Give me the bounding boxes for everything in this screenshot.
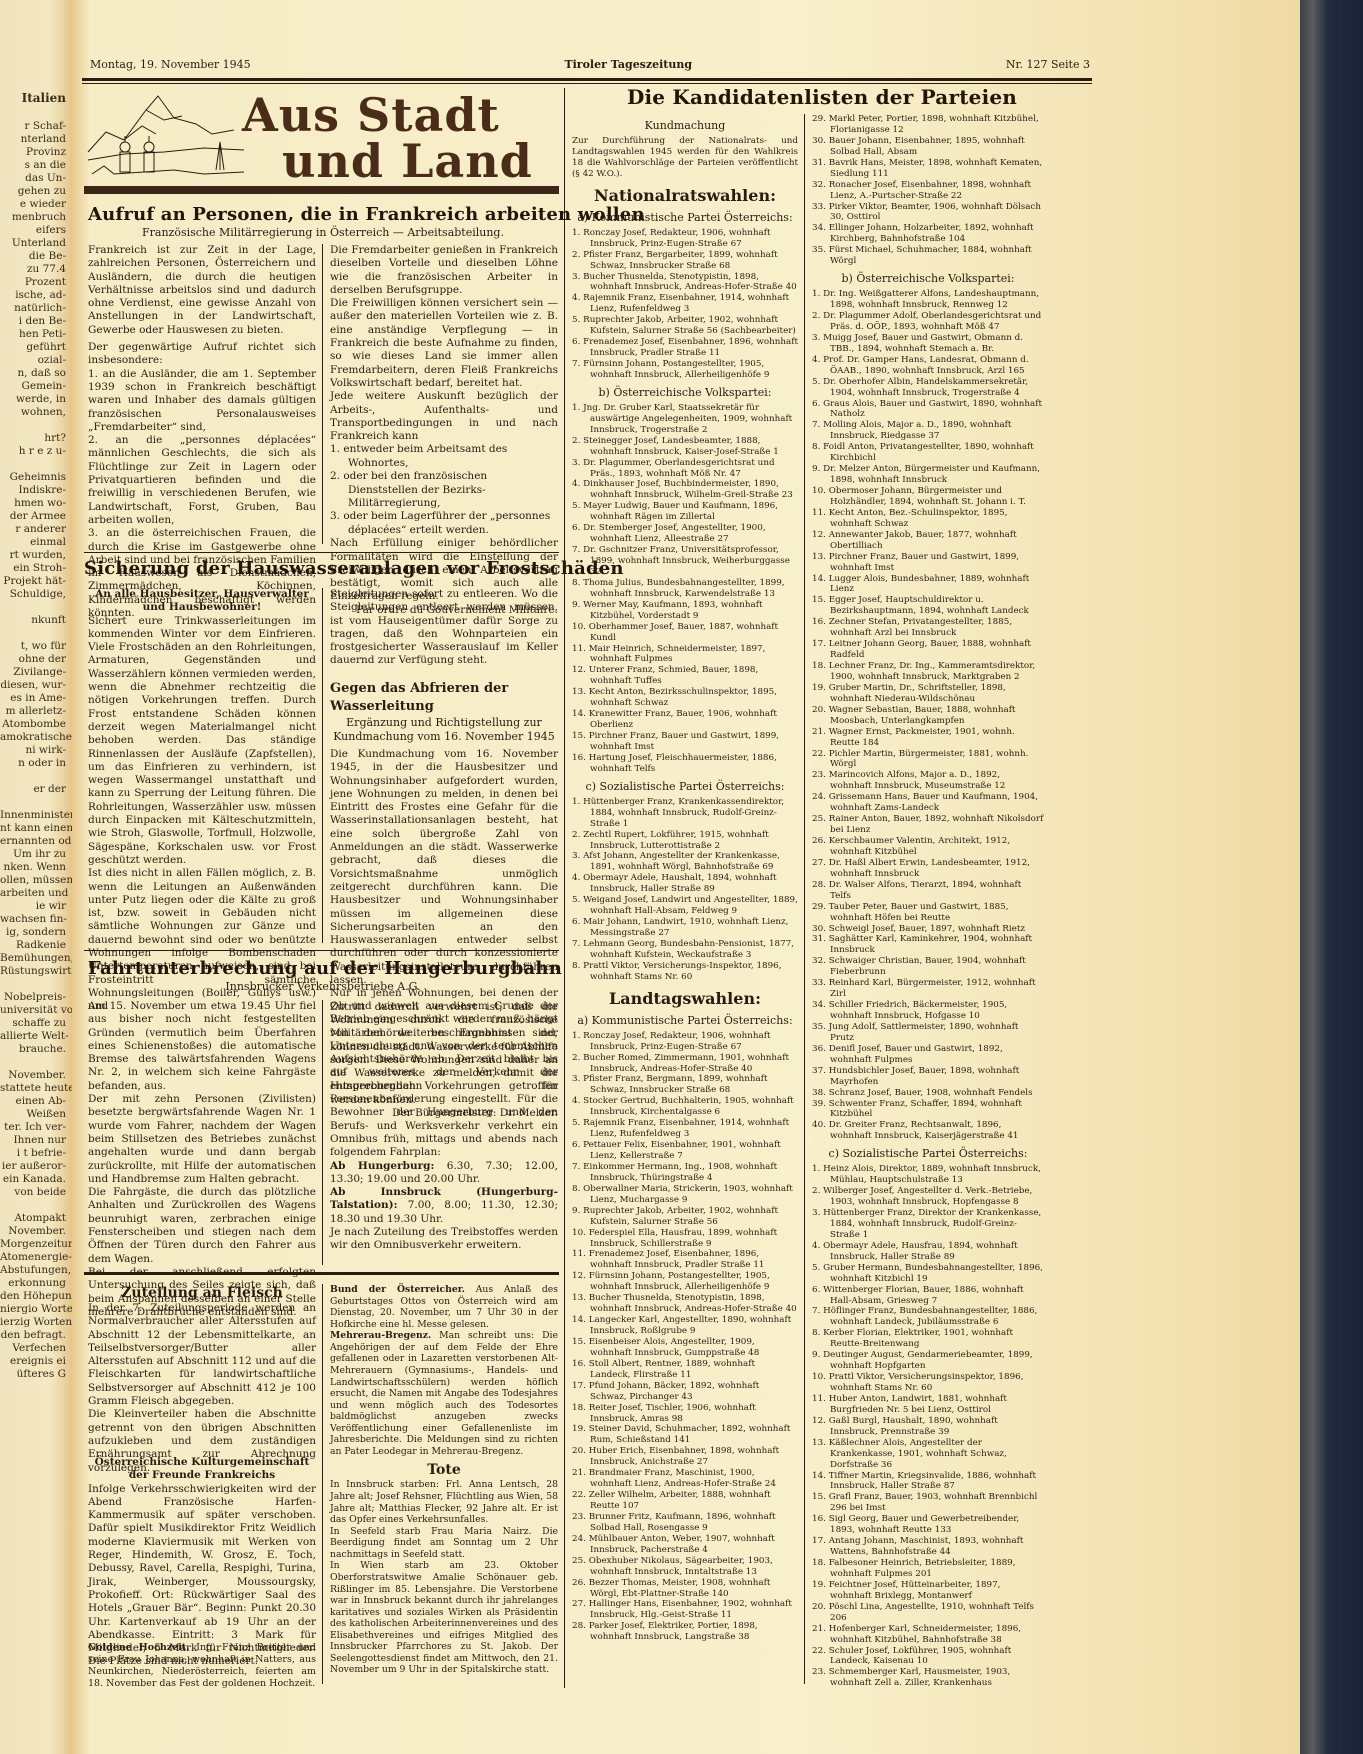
candidate-entry: 34. Schiller Friedrich, Bäckermeister, 1… — [812, 1000, 1044, 1022]
issue-date: Montag, 19. November 1945 — [90, 58, 251, 71]
candidate-entry: 4. Rajemnik Franz, Eisenbahner, 1914, wo… — [572, 293, 798, 315]
candidate-entry: 23. Schmemberger Karl, Hausmeister, 1903… — [812, 1667, 1044, 1689]
text-fragment: Indiskre- — [0, 484, 72, 497]
candidate-entry: 7. Fürnsinn Johann, Postangestellter, 19… — [572, 359, 798, 381]
text-fragment: üfteres G — [0, 1368, 72, 1381]
candidate-entry: 14. Langecker Karl, Angestellter, 1890, … — [572, 1315, 798, 1337]
schedule-row: Ab Hungerburg: 6.30, 7.30; 12.00, 13.30;… — [330, 1160, 558, 1187]
column-divider — [322, 1284, 323, 1684]
column-divider — [322, 1000, 323, 1265]
candidate-entry: 10. Oberhammer Josef, Bauer, 1887, wohnh… — [572, 622, 798, 644]
candidate-entry: 39. Schwenter Franz, Schaffer, 1894, woh… — [812, 1099, 1044, 1121]
candidate-entry: 2. Bucher Romed, Zimmermann, 1901, wohnh… — [572, 1053, 798, 1075]
text-fragment: niergio Worten — [0, 1303, 72, 1316]
candidate-entry: 32. Schwaiger Christian, Bauer, 1904, wo… — [812, 956, 1044, 978]
heading: Italien — [22, 92, 72, 105]
section-banner: Aus Stadt und Land — [84, 90, 559, 195]
candidate-entry: 21. Hofenberger Karl, Schneidermeister, … — [812, 1624, 1044, 1646]
candidate-entry: 21. Brandmaier Franz, Maschinist, 1900, … — [572, 1468, 798, 1490]
candidate-entry: 29. Tauber Peter, Bauer und Gastwirt, 18… — [812, 902, 1044, 924]
text-fragment: Atompakt — [0, 1212, 72, 1225]
text-fragment: Schuldige, — [0, 588, 72, 601]
text-fragment — [0, 1056, 72, 1069]
text-fragment: allierte Welt- — [0, 1030, 72, 1043]
text-fragment: ische, ad- — [0, 289, 72, 302]
text-fragment: ollen, müssen — [0, 874, 72, 887]
candidate-entry: 20. Pöschl Lina, Angestellte, 1910, wohn… — [812, 1602, 1044, 1624]
text-fragment — [0, 1199, 72, 1212]
candidate-entry: 6. Mair Johann, Landwirt, 1910, wohnhaft… — [572, 917, 798, 939]
text-fragment — [0, 978, 72, 991]
candidate-entry: 37. Hundsbichler Josef, Bauer, 1898, woh… — [812, 1066, 1044, 1088]
article-subtitle: Ergänzung und Richtigstellung zur Kundma… — [330, 716, 558, 744]
candidate-entry: 17. Leitner Johann Georg, Bauer, 1888, w… — [812, 639, 1044, 661]
article-subtitle: Französische Militärregierung in Österre… — [88, 226, 558, 240]
candidate-entry: 9. Werner May, Kaufmann, 1893, wohnhaft … — [572, 600, 798, 622]
text-fragment: Innenminister — [0, 809, 72, 822]
text-fragment: zu 77.4 — [0, 263, 72, 276]
text-fragment: Nobelpreis- — [0, 991, 72, 1004]
text-fragment: nt kann einen — [0, 822, 72, 835]
candidate-entry: 27. Dr. Haßl Albert Erwin, Landesbeamter… — [812, 858, 1044, 880]
candidate-entry: 31. Saghätter Karl, Kaminkehrer, 1904, w… — [812, 934, 1044, 956]
text-fragment: Prozent — [0, 276, 72, 289]
text-fragment: arbeiten und — [0, 887, 72, 900]
obituary-entry: In Seefeld starb Frau Maria Nairz. Die B… — [330, 1526, 558, 1561]
text-fragment: natürlich- — [0, 302, 72, 315]
candidate-entry: 14. Lugger Alois, Bundesbahner, 1889, wo… — [812, 574, 1044, 596]
schedule-row: Ab Innsbruck (Hungerburg-Talstation): 7.… — [330, 1186, 558, 1226]
list-item: 2. oder bei den französischen Dienststel… — [330, 470, 558, 510]
text-fragment — [0, 601, 72, 614]
candidate-entry: 17. Antang Johann, Maschinist, 1893, woh… — [812, 1536, 1044, 1558]
article-fleisch: Zuteilung an Fleisch In der 7. Zuteilung… — [88, 1284, 316, 1475]
candidate-entry: 11. Huber Anton, Landwirt, 1881, wohnhaf… — [812, 1394, 1044, 1416]
text-fragment: er der — [0, 783, 72, 796]
article-title: Gegen das Abfrieren der Wasserleitung — [330, 680, 558, 716]
candidate-entry: 32. Ronacher Josef, Eisenbahner, 1898, w… — [812, 180, 1044, 202]
candidate-entry: 11. Frenademez Josef, Eisenbahner, 1896,… — [572, 1249, 798, 1271]
candidate-entry: 4. Obermayr Adele, Haushalt, 1894, wohnh… — [572, 873, 798, 895]
text-fragment: ie wir — [0, 900, 72, 913]
text-fragment: wachsen fin- — [0, 913, 72, 926]
candidate-entry: 5. Weigand Josef, Landwirt und Angestell… — [572, 895, 798, 917]
article-notices: Bund der Österreicher. Aus Anlaß des Geb… — [330, 1284, 558, 1676]
text-fragment: ier außeror- — [0, 1160, 72, 1173]
text-fragment: amokratische — [0, 731, 72, 744]
candidate-entry: 11. Mair Heinrich, Schneidermeister, 189… — [572, 644, 798, 666]
candidate-entry: 27. Hallinger Hans, Eisenbahner, 1902, w… — [572, 1599, 798, 1621]
text-fragment: ein Kanada. — [0, 1173, 72, 1186]
text-fragment: es in Ame- — [0, 692, 72, 705]
candidate-entry: 7. Lehmann Georg, Bundesbahn-Pensionist,… — [572, 939, 798, 961]
text-fragment: den befragt. — [0, 1329, 72, 1342]
column-divider — [804, 114, 805, 1684]
candidate-entry: 24. Mühlbauer Anton, Weber, 1907, wohnha… — [572, 1534, 798, 1556]
candidate-entry: 21. Wagner Ernst, Packmeister, 1901, woh… — [812, 727, 1044, 749]
text-fragment: November. — [0, 1225, 72, 1238]
candidate-entry: 6. Pettauer Felix, Eisenbahner, 1901, wo… — [572, 1140, 798, 1162]
candidate-entry: 18. Lechner Franz, Dr. Ing., Kammeramtsd… — [812, 661, 1044, 683]
candidate-entry: 6. Graus Alois, Bauer und Gastwirt, 1890… — [812, 399, 1044, 421]
text-fragment: ohne der — [0, 653, 72, 666]
text-fragment: einen Ab- — [0, 1095, 72, 1108]
candidate-entry: 23. Brunner Fritz, Kaufmann, 1896, wohnh… — [572, 1512, 798, 1534]
candidate-entry: 6. Dr. Stemberger Josef, Angestellter, 1… — [572, 523, 798, 545]
text-fragment: gehen zu — [0, 185, 72, 198]
list-item: 1. entweder beim Arbeitsamt des Wohnorte… — [330, 443, 558, 470]
candidate-entry: 1. Ronczay Josef, Redakteur, 1906, wohnh… — [572, 1031, 798, 1053]
candidate-entry: 6. Wittenberger Florian, Bauer, 1886, wo… — [812, 1285, 1044, 1307]
candidate-entry: 30. Schweigl Josef, Bauer, 1897, wohnhaf… — [812, 924, 1044, 935]
article-title: Österreichische Kulturgemeinschaft der F… — [88, 1456, 316, 1483]
text-fragment: Abstufungen, — [0, 1264, 72, 1277]
candidate-entry: 25. Obexhuber Nikolaus, Sägearbeiter, 19… — [572, 1556, 798, 1578]
text-fragment: i den Be- — [0, 315, 72, 328]
candidate-entry: 4. Prof. Dr. Gamper Hans, Landesrat, Obm… — [812, 355, 1044, 377]
candidate-entry: 35. Fürst Michael, Schuhmacher, 1884, wo… — [812, 245, 1044, 267]
text-fragment: geführt — [0, 341, 72, 354]
text-fragment — [0, 458, 72, 471]
candidate-entry: 9. Dr. Melzer Anton, Bürgermeister und K… — [812, 464, 1044, 486]
article-divider — [84, 552, 559, 553]
candidate-entry: 40. Dr. Greiter Franz, Rechtsanwalt, 189… — [812, 1120, 1044, 1142]
candidate-entry: 2. Pfister Franz, Bergarbeiter, 1899, wo… — [572, 250, 798, 272]
text-fragment: diesen, wur- — [0, 679, 72, 692]
text-fragment: hen Peti- — [0, 328, 72, 341]
candidate-entry: 1. Ronczay Josef, Redakteur, 1906, wohnh… — [572, 228, 798, 250]
kandidaten-col-middle: Kundmachung Zur Durchführung der Nationa… — [572, 114, 798, 1643]
candidate-entry: 3. Hüttenberger Franz, Direktor der Kran… — [812, 1208, 1044, 1241]
candidate-entry: 18. Falbesoner Heinrich, Betriebsleiter,… — [812, 1558, 1044, 1580]
candidate-entry: 5. Dr. Oberhofer Albin, Handelskammersek… — [812, 377, 1044, 399]
text-fragment: hmen wo- — [0, 497, 72, 510]
candidate-entry: 2. Dr. Plagummer Adolf, Oberlandesgerich… — [812, 311, 1044, 333]
candidate-entry: 11. Kecht Anton, Bez.-Schulinspektor, 18… — [812, 508, 1044, 530]
text-fragment: h r e z u- — [0, 445, 72, 458]
issue-page: Nr. 127 Seite 3 — [1006, 58, 1090, 71]
candidate-entry: 1. Dr. Ing. Weißgatterer Alfons, Landesh… — [812, 289, 1044, 311]
candidate-entry: 3. Muigg Josef, Bauer und Gastwirt, Obma… — [812, 333, 1044, 355]
text-fragment: ernannten oder — [0, 835, 72, 848]
candidate-entry: 8. Thoma Julius, Bundesbahnangestellter,… — [572, 578, 798, 600]
column-divider — [564, 88, 565, 1688]
candidate-entry: 33. Reinhard Karl, Bürgermeister, 1912, … — [812, 978, 1044, 1000]
text-fragment: menbruch — [0, 211, 72, 224]
text-fragment: schaffe zu — [0, 1017, 72, 1030]
text-fragment: der Armee — [0, 510, 72, 523]
column-divider — [322, 244, 323, 544]
masthead: Montag, 19. November 1945 Tiroler Tagesz… — [90, 58, 1090, 71]
text-fragment: ereignis ei — [0, 1355, 72, 1368]
candidate-entry: 26. Bezzer Thomas, Meister, 1908, wohnha… — [572, 1578, 798, 1600]
candidate-entry: 8. Foidl Anton, Privatangestellter, 1890… — [812, 442, 1044, 464]
text-fragment: von beide — [0, 1186, 72, 1199]
text-fragment: wohnen, — [0, 406, 72, 419]
candidate-entry: 34. Ellinger Johann, Holzarbeiter, 1892,… — [812, 223, 1044, 245]
candidate-entry: 12. Annewanter Jakob, Bauer, 1877, wohnh… — [812, 530, 1044, 552]
list-item: 2. an die „personnes déplacées“ männlich… — [88, 434, 316, 527]
candidate-entry: 15. Grafl Franz, Bauer, 1903, wohnhaft B… — [812, 1492, 1044, 1514]
candidate-entry: 22. Schuler Josef, Lokführer, 1905, wohn… — [812, 1646, 1044, 1668]
text-fragment: nterland — [0, 133, 72, 146]
candidate-entry: 12. Fürnsinn Johann, Postangestellter, 1… — [572, 1271, 798, 1293]
candidate-entry: 16. Hartung Josef, Fleischhauermeister, … — [572, 753, 798, 775]
newspaper-page: Montag, 19. November 1945 Tiroler Tagesz… — [72, 0, 1300, 1754]
section-heading: Nationalratswahlen: — [572, 186, 798, 206]
candidate-entry: 15. Pirchner Franz, Bauer und Gastwirt, … — [572, 731, 798, 753]
text-fragment: Ihnen nur — [0, 1134, 72, 1147]
candidate-entry: 18. Reiter Josef, Tischler, 1906, wohnha… — [572, 1403, 798, 1425]
candidate-entry: 19. Steiner David, Schuhmacher, 1892, wo… — [572, 1424, 798, 1446]
text-fragment: r Schaf- — [0, 120, 72, 133]
text-fragment: Bemühungen, — [0, 952, 72, 965]
article-title: Fahrtunterbrechung auf der Hungerburgbah… — [88, 958, 558, 980]
text-fragment: ozial- — [0, 354, 72, 367]
section-heading: Landtagswahlen: — [572, 989, 798, 1009]
candidate-entry: 1. Heinz Alois, Direktor, 1889, wohnhaft… — [812, 1164, 1044, 1186]
article-frost: Sicherung der Hauswasseranlagen vor Fros… — [84, 558, 560, 580]
candidate-entry: 20. Wagner Sebastian, Bauer, 1888, wohnh… — [812, 705, 1044, 727]
text-fragment: das Un- — [0, 172, 72, 185]
candidate-entry: 7. Molling Alois, Major a. D., 1890, woh… — [812, 420, 1044, 442]
candidate-entry: 14. Kranewitter Franz, Bauer, 1906, wohn… — [572, 709, 798, 731]
book-binding-spine — [1300, 0, 1363, 1754]
text-fragment: nken. Wenn — [0, 861, 72, 874]
candidate-entry: 6. Frenademez Josef, Eisenbahner, 1896, … — [572, 337, 798, 359]
text-fragment: Verfechen — [0, 1342, 72, 1355]
candidate-entry: 1. Hüttenberger Franz, Krankenkassendire… — [572, 797, 798, 830]
text-fragment: r anderer — [0, 523, 72, 536]
candidate-entry: 22. Zeller Wilhelm, Arbeiter, 1888, wohn… — [572, 1490, 798, 1512]
article-title: Zuteilung an Fleisch — [88, 1284, 316, 1302]
candidate-entry: 13. Bucher Thusnelda, Stenotypistin, 189… — [572, 1293, 798, 1315]
candidate-entry: 16. Sigl Georg, Bauer und Gewerbetreiben… — [812, 1514, 1044, 1536]
article-title: Sicherung der Hauswasseranlagen vor Fros… — [84, 558, 560, 580]
candidate-entry: 23. Marincovich Alfons, Major a. D., 189… — [812, 770, 1044, 792]
masthead-rule-thin — [82, 83, 1092, 84]
candidate-entry: 28. Dr. Walser Alfons, Tierarzt, 1894, w… — [812, 880, 1044, 902]
text-fragment: n oder in — [0, 757, 72, 770]
text-fragment: Projekt hät- — [0, 575, 72, 588]
text-fragment: erkonnung — [0, 1277, 72, 1290]
candidate-entry: 16. Stoll Albert, Rentner, 1889, wohnhaf… — [572, 1359, 798, 1381]
candidate-entry: 3. Dr. Plagummer, Oberlandesgerichtsrat … — [572, 458, 798, 480]
candidate-entry: 13. Pirchner Franz, Bauer und Gastwirt, … — [812, 552, 1044, 574]
text-fragment: Geheimnis — [0, 471, 72, 484]
candidate-entry: 1. Jng. Dr. Gruber Karl, Staatssekretär … — [572, 403, 798, 436]
candidate-entry: 15. Egger Josef, Hauptschuldirektor u. B… — [812, 595, 1044, 617]
column-divider — [322, 588, 323, 943]
text-fragment: stattete heute — [0, 1082, 72, 1095]
obituary-entry: In Wien starb am 23. Oktober Oberforstra… — [330, 1560, 558, 1676]
text-fragment: Atombombe — [0, 718, 72, 731]
text-fragment: Gemein- — [0, 380, 72, 393]
text-fragment: den Höhepunkt — [0, 1290, 72, 1303]
article-divider — [84, 950, 559, 951]
candidate-entry: 30. Bauer Johann, Eisenbahner, 1895, woh… — [812, 136, 1044, 158]
article-title: Tote — [330, 1461, 558, 1479]
candidate-entry: 3. Pfister Franz, Bergmann, 1899, wohnha… — [572, 1074, 798, 1096]
text-fragment — [0, 770, 72, 783]
candidate-entry: 38. Schranz Josef, Bauer, 1908, wohnhaft… — [812, 1088, 1044, 1099]
adjacent-page-left: r Schaf-nterlandProvinzs an diedas Un-ge… — [0, 0, 72, 1754]
text-fragment: einmal — [0, 536, 72, 549]
candidate-entry: 17. Pfund Johann, Bäcker, 1892, wohnhaft… — [572, 1381, 798, 1403]
text-fragment: rt wurden, — [0, 549, 72, 562]
text-fragment: Morgenzeitun- — [0, 1238, 72, 1251]
text-fragment — [0, 796, 72, 809]
text-fragment: Atomenergie- — [0, 1251, 72, 1264]
text-fragment: die Be- — [0, 250, 72, 263]
candidate-entry: 5. Mayer Ludwig, Bauer und Kaufmann, 189… — [572, 501, 798, 523]
candidate-entry: 19. Feichtner Josef, Hütteinarbeiter, 18… — [812, 1580, 1044, 1602]
text-fragment: nkunft — [0, 614, 72, 627]
candidate-entry: 5. Rajemnik Franz, Eisenbahner, 1914, wo… — [572, 1118, 798, 1140]
text-fragment: ig, sondern — [0, 926, 72, 939]
candidate-entry: 20. Huber Erich, Eisenbahner, 1898, wohn… — [572, 1446, 798, 1468]
candidate-entry: 7. Dr. Gschnitzer Franz, Universitätspro… — [572, 545, 798, 578]
candidate-entry: 35. Jung Adolf, Sattlermeister, 1890, wo… — [812, 1022, 1044, 1044]
text-fragment: Um ihr zu — [0, 848, 72, 861]
article-subtitle: Innsbrucker Verkehrsbetriebe A.G. — [88, 980, 558, 994]
candidate-entry: 2. Zechtl Rupert, Lokführer, 1915, wohnh… — [572, 830, 798, 852]
candidate-entry: 16. Zechner Stefan, Privatangestellter, … — [812, 617, 1044, 639]
candidate-entry: 4. Obermayr Adele, Hausfrau, 1894, wohnh… — [812, 1241, 1044, 1263]
bus-schedule: Ab Hungerburg: 6.30, 7.30; 12.00, 13.30;… — [330, 1160, 558, 1226]
candidate-entry: 8. Prattl Viktor, Versicherungs-Inspekto… — [572, 961, 798, 983]
masthead-rule — [82, 78, 1092, 81]
list-item: 1. an die Ausländer, die am 1. September… — [88, 368, 316, 434]
candidate-entry: 15. Eisenbeiser Alois, Angestellter, 190… — [572, 1337, 798, 1359]
paper-name: Tiroler Tageszeitung — [564, 58, 692, 71]
article-hungerburg: Fahrtunterbrechung auf der Hungerburgbah… — [88, 958, 558, 994]
text-fragment: i t befrie- — [0, 1147, 72, 1160]
list-item: 3. oder beim Lagerführer der „personnes … — [330, 510, 558, 537]
text-fragment: ni wirk- — [0, 744, 72, 757]
mountain-town-illustration-icon — [84, 90, 244, 180]
text-fragment — [0, 419, 72, 432]
candidate-entry: 8. Oberwallner Maria, Strickerin, 1903, … — [572, 1184, 798, 1206]
candidate-entry: 3. Afst Johann, Angestellter der Kranken… — [572, 851, 798, 873]
candidate-entry: 2. Steinegger Josef, Landesbeamter, 1888… — [572, 436, 798, 458]
text-fragment: Unterland — [0, 237, 72, 250]
article-kultur: Österreichische Kulturgemeinschaft der F… — [88, 1456, 316, 1669]
candidate-entry: 12. Gaßl Burgl, Haushalt, 1890, wohnhaft… — [812, 1416, 1044, 1438]
candidate-entry: 24. Grissemann Hans, Bauer und Kaufmann,… — [812, 792, 1044, 814]
text-fragment: November. — [0, 1069, 72, 1082]
text-fragment: e wieder — [0, 198, 72, 211]
candidate-entry: 4. Dinkhauser Josef, Buchbindermeister, … — [572, 479, 798, 501]
article-divider — [84, 1272, 559, 1275]
candidate-entry: 25. Rainer Anton, Bauer, 1892, wohnhaft … — [812, 814, 1044, 836]
adjacent-page-fragments: r Schaf-nterlandProvinzs an diedas Un-ge… — [0, 0, 72, 1381]
candidate-entry: 7. Höflinger Franz, Bundesbahnangestellt… — [812, 1306, 1044, 1328]
text-fragment: ierzig Worten — [0, 1316, 72, 1329]
text-fragment: universität von — [0, 1004, 72, 1017]
text-fragment — [0, 627, 72, 640]
candidate-entry: 28. Parker Josef, Elektriker, Portier, 1… — [572, 1621, 798, 1643]
candidate-entry: 5. Gruber Hermann, Bundesbahnangestellte… — [812, 1263, 1044, 1285]
candidate-entry: 9. Deutinger August, Gendarmeriebeamter,… — [812, 1350, 1044, 1372]
candidate-entry: 8. Kerber Florian, Elektriker, 1901, woh… — [812, 1328, 1044, 1350]
article-hochzeit: Goldene Hochzeit. Ing. Franz Breiter und… — [88, 1642, 316, 1690]
candidate-entry: 10. Federspiel Ella, Hausfrau, 1899, woh… — [572, 1228, 798, 1250]
article-frost-col2: Steigleitungen sofort zu entleeren. Wo d… — [330, 588, 558, 668]
article-frankreich: Aufruf an Personen, die in Frankreich ar… — [88, 204, 558, 240]
text-fragment: Radkenie — [0, 939, 72, 952]
candidate-entry: 29. Markl Peter, Portier, 1898, wohnhaft… — [812, 114, 1044, 136]
text-fragment: Zivilange- — [0, 666, 72, 679]
text-fragment: Weißen — [0, 1108, 72, 1121]
candidate-entry: 10. Prattl Viktor, Versicherungsinspekto… — [812, 1372, 1044, 1394]
kandidaten-col-right: 29. Markl Peter, Portier, 1898, wohnhaft… — [812, 114, 1044, 1689]
article-title: Aufruf an Personen, die in Frankreich ar… — [88, 204, 558, 226]
candidate-entry: 22. Pichler Martin, Bürgermeister, 1881,… — [812, 749, 1044, 771]
candidate-entry: 26. Kerschbaumer Valentin, Architekt, 19… — [812, 836, 1044, 858]
candidate-entry: 19. Gruber Martin, Dr., Schriftsteller, … — [812, 683, 1044, 705]
candidate-entry: 2. Wilberger Josef, Angestellter d. Verk… — [812, 1186, 1044, 1208]
text-fragment: hrt? — [0, 432, 72, 445]
section-title: Aus Stadt und Land — [242, 92, 533, 184]
text-fragment: m allerletz- — [0, 705, 72, 718]
text-fragment: ein Stroh- — [0, 562, 72, 575]
banner-rule — [84, 186, 559, 194]
obituary-entry: In Innsbruck starben: Frl. Anna Lentsch,… — [330, 1479, 558, 1525]
text-fragment: Rüstungswirt- — [0, 965, 72, 978]
text-fragment: s an die — [0, 159, 72, 172]
text-fragment: Provinz — [0, 146, 72, 159]
text-fragment: werde, in — [0, 393, 72, 406]
text-fragment: t, wo für — [0, 640, 72, 653]
candidate-entry: 3. Bucher Thusnelda, Stenotypistin, 1898… — [572, 272, 798, 294]
candidate-entry: 14. Tiffner Martin, Kriegsinvalide, 1886… — [812, 1471, 1044, 1493]
candidate-entry: 9. Ruprechter Jakob, Arbeiter, 1902, woh… — [572, 1206, 798, 1228]
candidate-entry: 7. Einkommer Hermann, Ing., 1908, wohnha… — [572, 1162, 798, 1184]
candidate-entry: 10. Obermoser Johann, Bürgermeister und … — [812, 486, 1044, 508]
text-fragment: n, daß so — [0, 367, 72, 380]
article-hungerburg-col2: Ob und wieweit aus diesem Grunde der Bet… — [330, 1000, 558, 1253]
candidate-entry: 31. Bavrik Hans, Meister, 1898, wohnhaft… — [812, 158, 1044, 180]
candidate-entry: 13. Käßlechner Alois, Angestellter der K… — [812, 1438, 1044, 1471]
text-fragment: eifers — [0, 224, 72, 237]
candidate-entry: 12. Unterer Franz, Schmied, Bauer, 1898,… — [572, 665, 798, 687]
candidate-entry: 13. Kecht Anton, Bezirksschulinspektor, … — [572, 687, 798, 709]
candidate-entry: 5. Ruprechter Jakob, Arbeiter, 1902, woh… — [572, 315, 798, 337]
text-fragment: ter. Ich ver- — [0, 1121, 72, 1134]
candidate-entry: 36. Denifl Josef, Bauer und Gastwirt, 18… — [812, 1044, 1044, 1066]
candidate-entry: 4. Stocker Gertrud, Buchhalterin, 1905, … — [572, 1096, 798, 1118]
candidate-entry: 33. Pirker Viktor, Beamter, 1906, wohnha… — [812, 202, 1044, 224]
article-kandidaten-title: Die Kandidatenlisten der Parteien — [572, 86, 1292, 108]
text-fragment: brauche. — [0, 1043, 72, 1056]
